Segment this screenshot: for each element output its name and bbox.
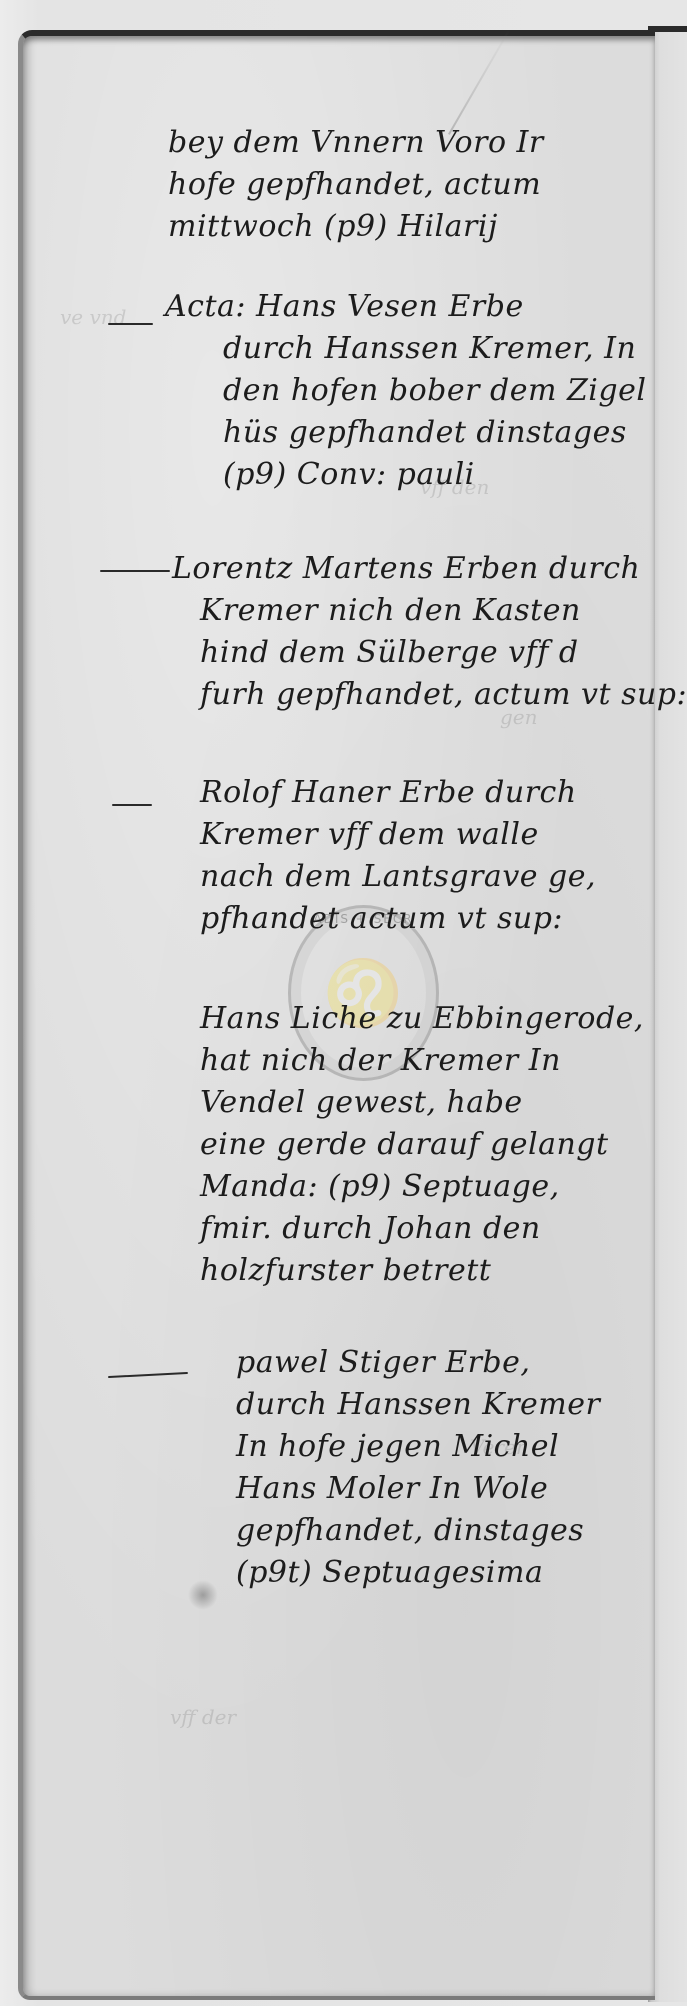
manuscript-line: Kremer nich den Kasten (200, 590, 687, 632)
manuscript-line: Hans Liche zu Ebbingerode, (200, 998, 644, 1040)
margin-dash (112, 804, 152, 806)
manuscript-line: pfhandet actum vt sup: (200, 898, 596, 940)
margin-dash (108, 323, 153, 325)
manuscript-line: Rolof Haner Erbe durch (200, 772, 596, 814)
manuscript-line: Lorentz Martens Erben durch (172, 548, 687, 590)
manuscript-line: holzfurster betrett (200, 1250, 644, 1292)
manuscript-line: durch Hanssen Kremer (236, 1384, 600, 1426)
manuscript-line: Vendel gewest, habe (200, 1082, 644, 1124)
entry-4: Rolof Haner Erbe durch Kremer vff dem wa… (200, 772, 596, 940)
manuscript-line: (p9t) Septuagesima (236, 1552, 600, 1594)
margin-dash (100, 570, 170, 572)
manuscript-line: fmir. durch Johan den (200, 1208, 644, 1250)
manuscript-line: hind dem Sülberge vff d (200, 632, 687, 674)
manuscript-line: nach dem Lantsgrave ge, (200, 856, 596, 898)
manuscript-line: hat nich der Kremer In (200, 1040, 644, 1082)
entry-6: pawel Stiger Erbe, durch Hanssen Kremer … (236, 1342, 600, 1594)
entry-2: Acta: Hans Vesen Erbe durch Hanssen Krem… (165, 286, 646, 496)
manuscript-line: gepfhandet, dinstages (236, 1510, 600, 1552)
manuscript-line: hüs gepfhandet dinstages (223, 412, 646, 454)
manuscript-line: bey dem Vnnern Voro Ir (168, 122, 544, 164)
manuscript-line: Acta: Hans Vesen Erbe (165, 286, 646, 328)
manuscript-line: Manda: (p9) Septuage, (200, 1166, 644, 1208)
ink-smudge (188, 1580, 218, 1610)
entry-continuation: bey dem Vnnern Voro Ir hofe gepfhandet, … (168, 122, 544, 248)
manuscript-line: furh gepfhandet, actum vt sup: (200, 674, 687, 716)
manuscript-line: hofe gepfhandet, actum (168, 164, 544, 206)
manuscript-line: durch Hanssen Kremer, In (223, 328, 646, 370)
manuscript-line: den hofen bober dem Zigel (223, 370, 646, 412)
manuscript-line: Hans Moler In Wole (236, 1468, 600, 1510)
entry-5: Hans Liche zu Ebbingerode, hat nich der … (200, 998, 644, 1292)
entry-3: Lorentz Martens Erben durch Kremer nich … (172, 548, 687, 716)
manuscript-line: Kremer vff dem walle (200, 814, 596, 856)
manuscript-line: pawel Stiger Erbe, (236, 1342, 600, 1384)
manuscript-line: (p9) Conv: pauli (223, 454, 646, 496)
manuscript-line: mittwoch (p9) Hilarij (168, 206, 544, 248)
manuscript-line: In hofe jegen Michel (236, 1426, 600, 1468)
manuscript-line: eine gerde darauf gelangt (200, 1124, 644, 1166)
